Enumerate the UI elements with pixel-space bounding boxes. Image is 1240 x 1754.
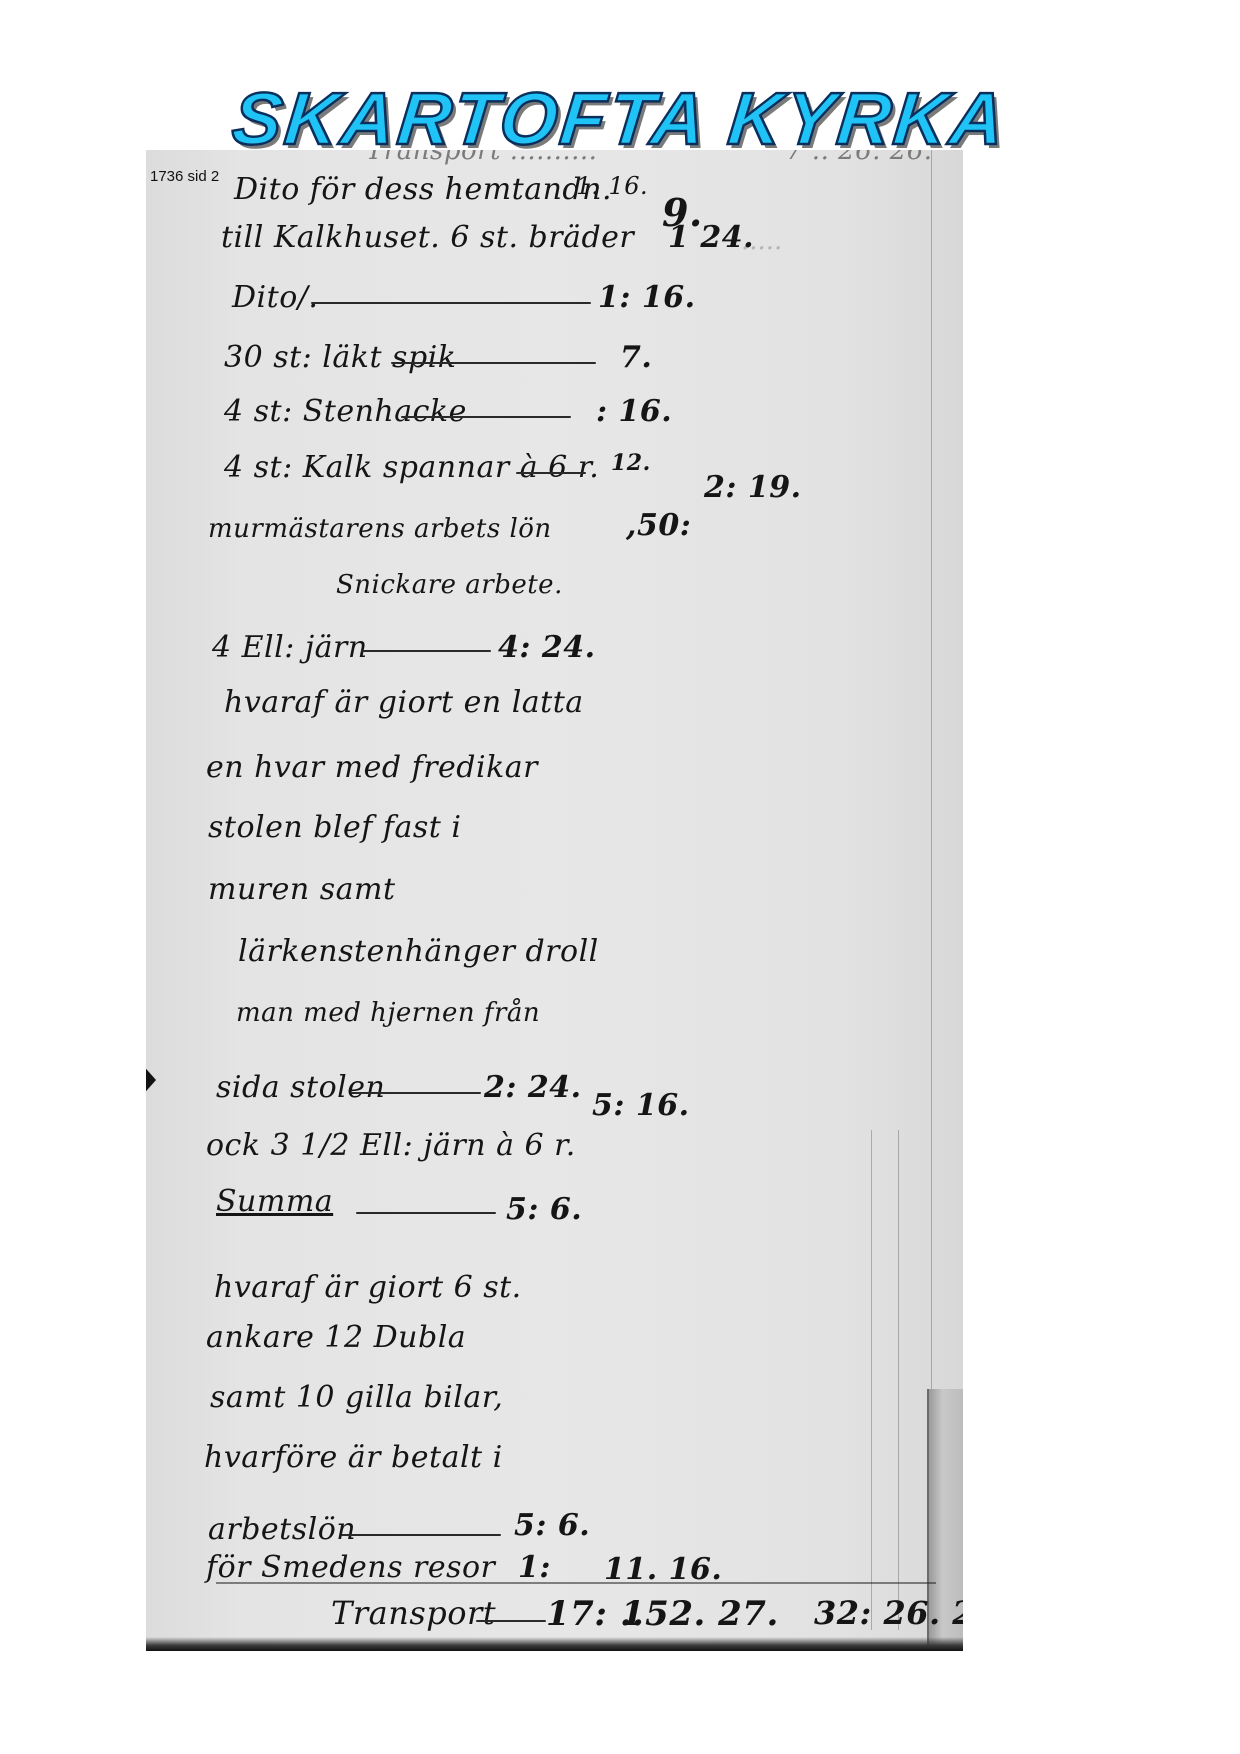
ledger-line-text: muren samt <box>208 872 396 907</box>
ledger-line-text: stolen blef fast i <box>208 810 461 845</box>
ledger-line-amount: 5: 6. <box>506 1192 582 1227</box>
ledger-line-amount: 1: <box>518 1550 551 1585</box>
ledger-line-text: till Kalkhuset. 6 st. bräder <box>221 220 634 255</box>
ledger-line-amount: 1: 16. <box>598 280 696 315</box>
document-scan: 1736 sid 2 Transport .......... 7 .. 26.… <box>146 150 963 1651</box>
total-amount: 32: 26. 2 <box>814 1594 963 1632</box>
ledger-line-amount: : 16. <box>596 394 672 429</box>
ledger-line-text: murmästarens arbets lön <box>208 514 552 544</box>
ledger-line-text: lärkenstenhänger droll <box>238 934 599 969</box>
margin-rule <box>931 150 932 1389</box>
ledger-line-amount: 2: 24. <box>484 1070 582 1105</box>
margin-rule <box>871 1130 872 1630</box>
section-heading: Snickare arbete. <box>336 570 563 600</box>
ledger-line-text: 4 st: Kalk spannar à 6 r. <box>224 450 599 485</box>
ledger-line-amount: 4: 24. <box>498 630 596 665</box>
leader-line <box>476 1620 546 1622</box>
ledger-line-text: 4 Ell: järn <box>212 630 368 665</box>
ledger-line-amount: ,50: <box>626 508 691 543</box>
ledger-line-amount: 7. <box>620 340 652 375</box>
ledger-line-text: en hvar med fredikar <box>206 750 538 785</box>
ledger-line-text: Dito/. <box>232 280 318 315</box>
leader-line <box>361 650 491 652</box>
total-label: Transport <box>331 1594 496 1632</box>
leader-line <box>341 1534 501 1536</box>
leader-line <box>516 472 586 474</box>
leader-line <box>391 362 596 364</box>
ledger-line-text: hvaraf är giort 6 st. <box>214 1270 522 1305</box>
leader-line <box>351 1092 481 1094</box>
page-title: SKARTOFTA KYRKA <box>0 76 1240 161</box>
ledger-line-text: 30 st: läkt spik <box>224 340 456 375</box>
ledger-line-amount: 5: 6. <box>514 1508 590 1543</box>
ledger-line-text: sida stolen <box>216 1070 385 1105</box>
margin-rule <box>898 1130 899 1630</box>
ink-blot <box>146 1062 156 1098</box>
leader-line <box>401 416 571 418</box>
total-rule <box>216 1582 936 1584</box>
total-amount: 152. 27. <box>621 1594 779 1634</box>
ledger-line-text: 4 st: Stenhacke <box>224 394 467 429</box>
ledger-line-text: man med hjernen från <box>236 998 540 1028</box>
ledger-line-amount: 12. <box>611 450 651 476</box>
ledger-line-text: arbetslön <box>208 1512 356 1547</box>
leader-line <box>311 302 591 304</box>
ledger-line-text: ankare 12 Dubla <box>206 1320 466 1355</box>
ledger-line-amount: 5: 16. <box>592 1088 690 1123</box>
carryover-text: Transport .......... <box>366 150 597 166</box>
ledger-line-text: Summa <box>216 1184 333 1219</box>
bleed-through: ..... <box>741 226 782 256</box>
ledger-line-text: samt 10 gilla bilar, <box>210 1380 503 1415</box>
ledger-line-text: hvaraf är giort en latta <box>224 685 584 720</box>
carryover-amount: 7 .. 26. 26. <box>786 150 933 166</box>
ledger-line-amount: 1: 16. <box>576 172 648 200</box>
leader-line <box>356 1212 496 1214</box>
ledger-line-text: ock 3 1/2 Ell: järn à 6 r. <box>206 1128 576 1163</box>
page-label: 1736 sid 2 <box>150 168 219 185</box>
ledger-line-text: Dito för dess hemtandn. <box>234 172 612 207</box>
ledger-line-amount: 2: 19. <box>704 470 802 505</box>
ledger-line-text: för Smedens resor <box>206 1550 495 1585</box>
ledger-line-text: hvarföre är betalt i <box>204 1440 503 1475</box>
